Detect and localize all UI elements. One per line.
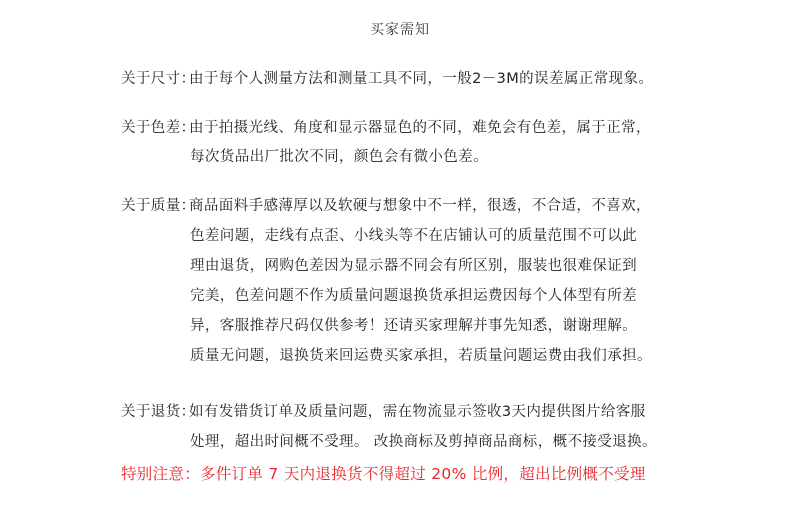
section-text-continued: 异，客服推荐尺码仅供参考！还请买家理解并事先知悉，谢谢理解。 xyxy=(190,314,637,335)
section-color: 关于色差：由于拍摄光线、角度和显示器显色的不同，难免会有色差，属于正常， xyxy=(121,116,651,137)
section-returns: 关于退货：如有发错货订单及质量问题，需在物流显示签收3天内提供图片给客服 xyxy=(121,400,646,421)
section-text-continued: 质量无问题，退换货来回运费买家承担，若质量问题运费由我们承担。 xyxy=(190,344,652,365)
section-label: 关于质量： xyxy=(121,194,189,215)
section-text-continued: 每次货品出厂批次不同，颜色会有微小色差。 xyxy=(190,145,488,166)
section-text: 商品面料手感薄厚以及软硬与想象中不一样，很透，不合适，不喜欢， xyxy=(189,198,651,214)
section-text-continued: 色差问题，走线有点歪、小线头等不在店铺认可的质量范围不可以此 xyxy=(190,224,637,245)
section-text: 由于每个人测量方法和测量工具不同，一般2－3M的误差属正常现象。 xyxy=(189,71,653,87)
section-text-continued: 完美，色差问题不作为质量问题退换货承担运费因每个人体型有所差 xyxy=(190,284,637,305)
section-size: 关于尺寸：由于每个人测量方法和测量工具不同，一般2－3M的误差属正常现象。 xyxy=(121,67,653,88)
special-notice: 特别注意：多件订单 7 天内退换货不得超过 20% 比例，超出比例概不受理 xyxy=(121,462,646,484)
page-title: 买家需知 xyxy=(0,19,800,39)
section-label: 关于退货： xyxy=(121,400,189,421)
section-text-continued: 理由退货，网购色差因为显示器不同会有所区别，服装也很难保证到 xyxy=(190,254,637,275)
section-text: 由于拍摄光线、角度和显示器显色的不同，难免会有色差，属于正常， xyxy=(189,120,651,136)
section-text: 如有发错货订单及质量问题，需在物流显示签收3天内提供图片给客服 xyxy=(189,404,646,420)
section-quality: 关于质量：商品面料手感薄厚以及软硬与想象中不一样，很透，不合适，不喜欢， xyxy=(121,194,651,215)
section-label: 关于尺寸： xyxy=(121,67,189,88)
section-text-continued: 处理，超出时间概不受理。 改换商标及剪掉商品商标，概不接受退换。 xyxy=(190,430,657,451)
section-label: 关于色差： xyxy=(121,116,189,137)
